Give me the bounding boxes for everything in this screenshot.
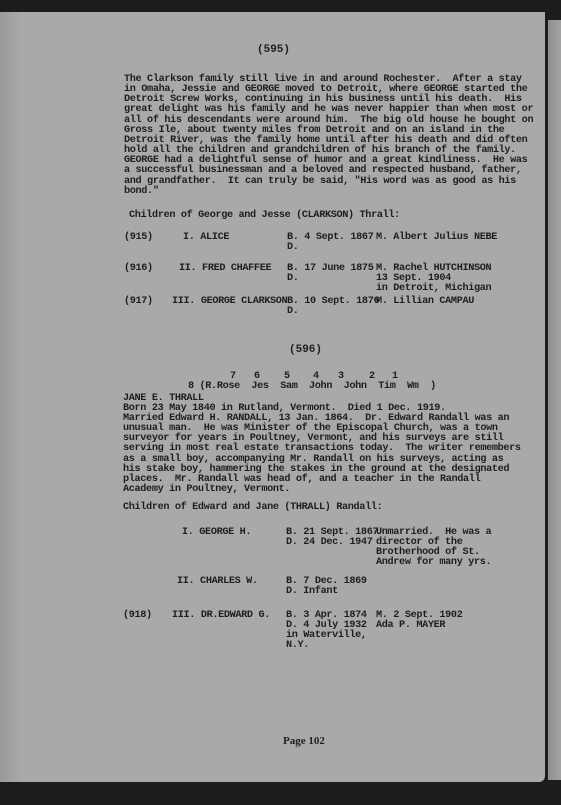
paragraph-line: Academy in Poultney, Vermont. <box>123 485 290 495</box>
page-number-footer: Page 102 <box>283 735 325 747</box>
child-note: M. Albert Julius NEBE <box>376 233 497 243</box>
child-ref: (918) <box>123 611 152 621</box>
child-date: B. 17 June 1875 <box>287 264 373 274</box>
child-name: II. FRED CHAFFEE <box>179 264 271 274</box>
next-page-edge <box>548 20 561 780</box>
page-binding-shadow <box>0 12 22 782</box>
child-date: D. <box>287 307 299 317</box>
child-ref: (916) <box>124 264 153 274</box>
child-name: II. CHARLES W. <box>177 577 258 587</box>
paragraph-line: and grandfather. It can truly be said, "… <box>124 177 516 187</box>
child-ref: (917) <box>124 297 153 307</box>
paragraph-line: serving in most real estate transactions… <box>123 444 521 454</box>
paragraph-line: bond." <box>124 187 159 197</box>
child-date: D. Infant <box>286 587 338 597</box>
section-number-596: (596) <box>289 344 322 356</box>
paragraph-line: great delight was his family and he was … <box>124 105 533 115</box>
child-note: Andrew for many yrs. <box>376 558 491 568</box>
paragraph-line: as a small boy, accompanying Mr. Randall… <box>123 455 503 465</box>
child-note: Ada P. MAYER <box>376 621 445 631</box>
child-name: III. DR.EDWARD G. <box>172 611 270 621</box>
children-heading-595: Children of George and Jesse (CLARKSON) … <box>129 211 400 221</box>
section-number-595: (595) <box>257 44 290 56</box>
child-name: III. GEORGE CLARKSON <box>172 297 287 307</box>
child-note: in Detroit, Michigan <box>376 284 491 294</box>
child-name: I. GEORGE H. <box>182 528 251 538</box>
children-heading-596: Children of Edward and Jane (THRALL) Ran… <box>123 503 382 513</box>
child-date: N.Y. <box>286 641 309 651</box>
child-date: D. <box>287 274 299 284</box>
child-note: M. Lillian CAMPAU <box>376 297 474 307</box>
lineage-line: 8 (R.Rose Jes Sam John John Tim Wm ) <box>188 382 436 392</box>
child-date: D. <box>287 243 299 253</box>
child-ref: (915) <box>124 233 153 243</box>
paragraph-line: a successful businessman and a beloved a… <box>124 166 522 176</box>
child-date: B. 10 Sept. 1876 <box>287 297 379 307</box>
child-date: B. 4 Sept. 1867 <box>287 233 373 243</box>
child-date: D. 24 Dec. 1947 <box>286 538 372 548</box>
child-name: I. ALICE <box>183 233 229 243</box>
